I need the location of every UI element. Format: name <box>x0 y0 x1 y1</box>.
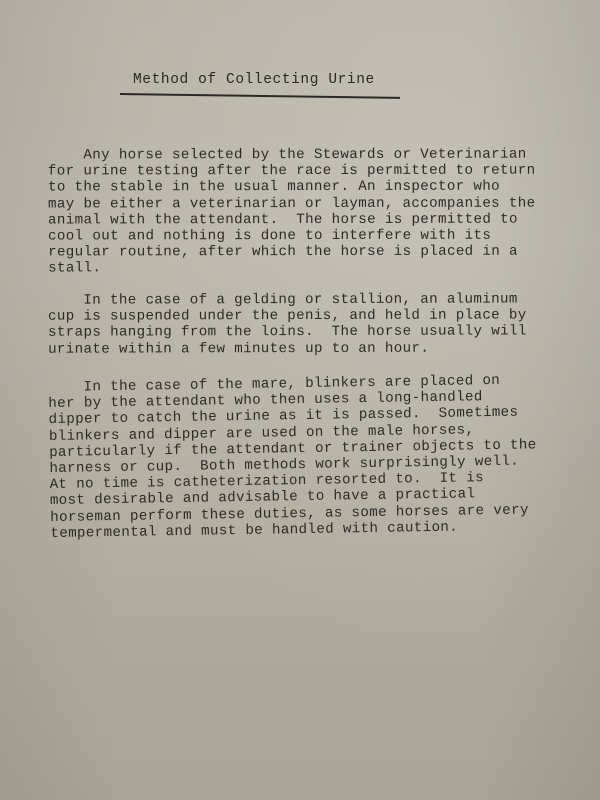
text-line: to the stable in the usual manner. An in… <box>48 179 588 196</box>
text-line: may be either a veterinarian or layman, … <box>48 195 588 212</box>
paragraph-3: In the case of the mare, blinkers are pl… <box>48 372 590 542</box>
text-line: Any horse selected by the Stewards or Ve… <box>48 147 588 164</box>
text-line: animal with the attendant. The horse is … <box>48 211 588 228</box>
paragraph-2: In the case of a gelding or stallion, an… <box>48 291 588 357</box>
paragraph-1: Any horse selected by the Stewards or Ve… <box>48 147 588 278</box>
title-underline <box>120 93 400 99</box>
text-line: stall. <box>48 260 588 277</box>
text-line: for urine testing after the race is perm… <box>48 163 588 180</box>
text-line: cool out and nothing is done to interfer… <box>48 228 588 245</box>
text-line: cup is suspended under the penis, and he… <box>48 307 588 325</box>
text-line: straps hanging from the loins. The horse… <box>48 324 588 342</box>
text-line: regular routine, after which the horse i… <box>48 244 588 261</box>
text-line: In the case of a gelding or stallion, an… <box>48 291 588 309</box>
document-title: Method of Collecting Urine <box>133 72 375 88</box>
text-line: urinate within a few minutes up to an ho… <box>48 340 588 358</box>
